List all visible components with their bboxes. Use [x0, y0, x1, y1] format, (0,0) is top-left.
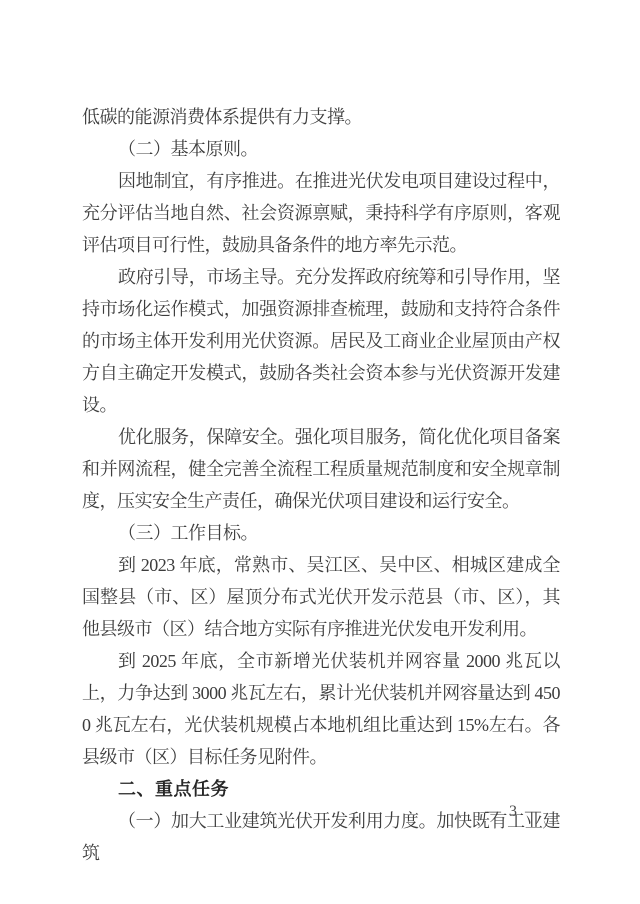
- document-body: 低碳的能源消费体系提供有力支撑。 （二）基本原则。 因地制宜，有序推进。在推进光…: [82, 101, 560, 869]
- paragraph-government-guidance: 政府引导，市场主导。充分发挥政府统筹和引导作用，坚持市场化运作模式，加强资源排查…: [82, 261, 560, 421]
- page-number: — 3 —: [485, 799, 543, 825]
- paragraph-2025-target: 到 2025 年底，全市新增光伏装机并网容量 2000 兆瓦以上，力争达到 30…: [82, 645, 560, 773]
- paragraph-2023-target: 到 2023 年底，常熟市、吴江区、吴中区、相城区建成全国整县（市、区）屋顶分布…: [82, 549, 560, 645]
- paragraph-continuation: 低碳的能源消费体系提供有力支撑。: [82, 101, 560, 133]
- document-page: 低碳的能源消费体系提供有力支撑。 （二）基本原则。 因地制宜，有序推进。在推进光…: [0, 0, 640, 904]
- paragraph-adapt-local-conditions: 因地制宜，有序推进。在推进光伏发电项目建设过程中，充分评估当地自然、社会资源禀赋…: [82, 165, 560, 261]
- paragraph-optimize-services: 优化服务，保障安全。强化项目服务，简化优化项目备案和并网流程，健全完善全流程工程…: [82, 421, 560, 517]
- subheading-work-targets: （三）工作目标。: [82, 517, 560, 549]
- subheading-basic-principles: （二）基本原则。: [82, 133, 560, 165]
